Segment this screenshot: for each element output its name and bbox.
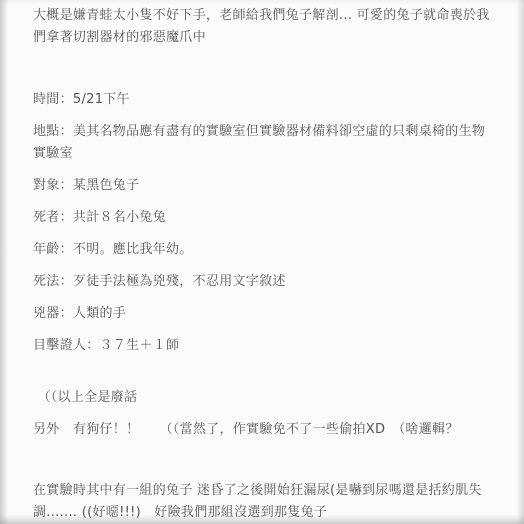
- report-field-value: 共計８名小兔兔: [73, 210, 166, 225]
- report-field-value: 人類的手: [73, 306, 126, 321]
- report-field-value: 5/21下午: [73, 92, 130, 107]
- report-row-cause-of-death: 死法：歹徒手法極為兇殘，不忍用文字敘述: [33, 271, 496, 293]
- report-field-label: 兇器：: [33, 306, 73, 321]
- report-field-value: 不明。應比我年幼。: [73, 242, 193, 257]
- report-row-witnesses: 目擊證人：３７生＋１師: [33, 335, 496, 357]
- report-field-label: 死者：: [33, 210, 73, 225]
- report-field-value: 美其名物品應有盡有的實驗室但實驗器材備料卻空虛的只剩桌椅的生物實驗室: [33, 124, 485, 161]
- report-field-label: 時間：: [33, 92, 73, 107]
- report-field-label: 目擊證人：: [33, 338, 100, 353]
- report-field-label: 年齡：: [33, 242, 73, 257]
- report-field-value: 歹徒手法極為兇殘，不忍用文字敘述: [73, 274, 286, 289]
- post-body: 大概是嫌青蛙太小隻不好下手，老師給我們兔子解剖... 可愛的兔子就命喪於我們拿著…: [0, 0, 524, 524]
- intro-paragraph: 大概是嫌青蛙太小隻不好下手，老師給我們兔子解剖... 可愛的兔子就命喪於我們拿著…: [33, 5, 496, 49]
- report-row-deceased: 死者：共計８名小兔兔: [33, 207, 496, 229]
- report-field-value: 某黑色兔子: [73, 178, 140, 193]
- report-row-age: 年齡：不明。應比我年幼。: [33, 239, 496, 261]
- closing-paragraph: 在實驗時其中有一組的兔子 迷昏了之後開始狂漏尿(是嚇到尿嗎還是括約肌失調....…: [33, 480, 496, 524]
- report-field-label: 地點：: [33, 124, 73, 139]
- aside-note-2: 另外 有狗仔！！ （（當然了，作實驗免不了一些偷拍XD （啥邏輯？: [33, 419, 496, 441]
- report-row-time: 時間：5/21下午: [33, 89, 496, 111]
- blog-post-page: 大概是嫌青蛙太小隻不好下手，老師給我們兔子解剖... 可愛的兔子就命喪於我們拿著…: [0, 0, 524, 524]
- report-field-label: 死法：: [33, 274, 73, 289]
- report-row-location: 地點：美其名物品應有盡有的實驗室但實驗器材備料卻空虛的只剩桌椅的生物實驗室: [33, 121, 496, 165]
- report-field-value: ３７生＋１師: [100, 338, 180, 353]
- report-row-weapon: 兇器：人類的手: [33, 303, 496, 325]
- report-row-subject: 對象：某黑色兔子: [33, 175, 496, 197]
- incident-report: 時間：5/21下午 地點：美其名物品應有盡有的實驗室但實驗器材備料卻空虛的只剩桌…: [33, 89, 496, 357]
- aside-note-1: （（以上全是廢話: [33, 387, 496, 409]
- report-field-label: 對象：: [33, 178, 73, 193]
